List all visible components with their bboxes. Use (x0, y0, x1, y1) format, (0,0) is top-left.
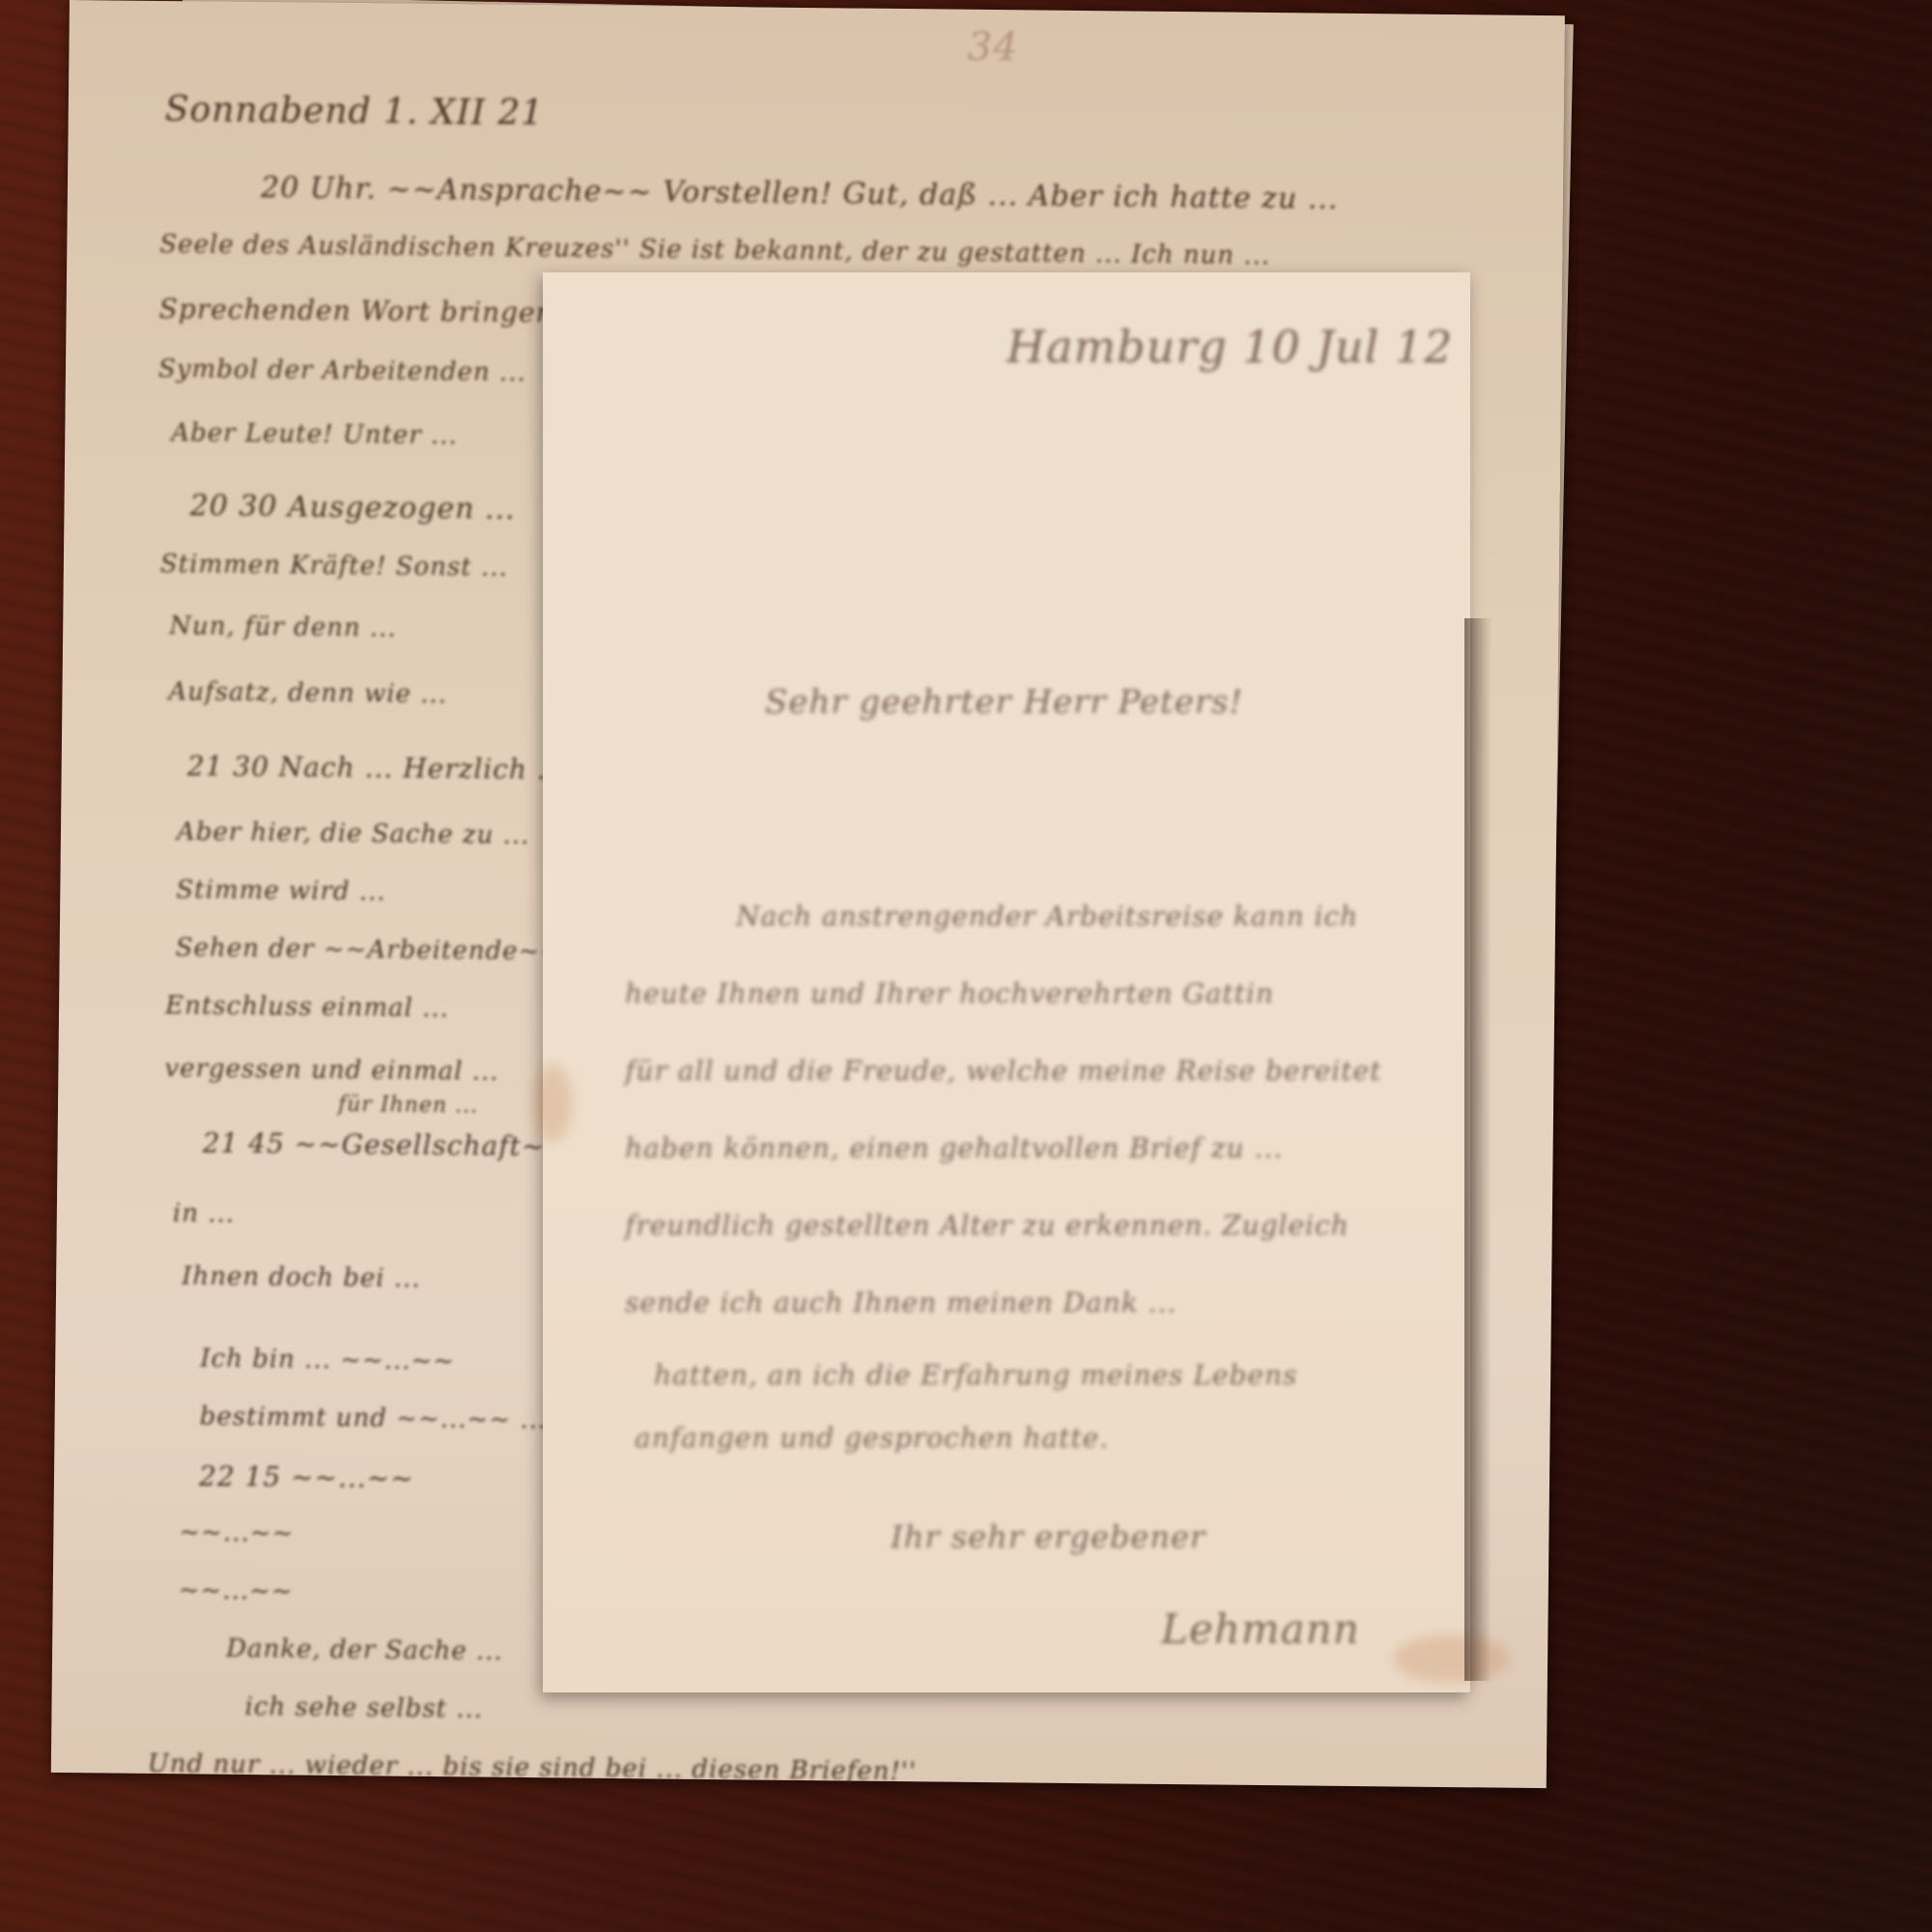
letter-body-line: sende ich auch Ihnen meinen Dank ... (625, 1287, 1177, 1319)
signature: Lehmann (1161, 1605, 1360, 1653)
back-letter-line: Entschluss einmal ... (165, 991, 449, 1023)
back-letter-line: Symbol der Arbeitenden ... (158, 355, 526, 387)
back-letter-line: Stimmen Kräfte! Sonst ... (160, 550, 508, 582)
front-letter: Hamburg 10 Jul 12 Sehr geehrter Herr Pet… (543, 272, 1470, 1692)
back-letter-header: Sonnabend 1. XII 21 (165, 90, 545, 133)
back-letter-line: Aufsatz, denn wie ... (168, 677, 447, 709)
back-letter-line: Seele des Ausländischen Kreuzes'' Sie is… (159, 230, 1270, 270)
letter-body-line: für all und die Freude, welche meine Rei… (625, 1055, 1381, 1087)
letter-body-line: Nach anstrengender Arbeitsreise kann ich (736, 900, 1358, 932)
back-letter-line: ~~...~~ (179, 1576, 294, 1605)
back-letter-line: ich sehe selbst ... (244, 1692, 483, 1724)
back-letter-line: Ich bin ... ~~...~~ (200, 1344, 455, 1376)
back-letter-line: für Ihnen ... (338, 1093, 478, 1119)
back-letter-line: Stimme wird ... (176, 875, 386, 906)
back-letter-line: ~~...~~ (179, 1518, 294, 1548)
letter-body-line: heute Ihnen und Ihrer hochverehrten Gatt… (625, 978, 1274, 1009)
back-letter-line: Sehen der ~~Arbeitende~~ ... (176, 933, 599, 967)
page-mark: 34 (967, 25, 1018, 71)
letter-body-line: haben können, einen gehaltvollen Brief z… (625, 1132, 1283, 1164)
back-letter-line: 20 Uhr. ~~Ansprache~~ Vorstellen! Gut, d… (261, 171, 1339, 216)
back-letter-line: Danke, der Sache ... (226, 1634, 503, 1666)
back-letter-line: 21 30 Nach ... Herzlich ... (187, 750, 566, 785)
letter-body-line: freundlich gestellten Alter zu erkennen.… (625, 1209, 1350, 1241)
back-letter-line: Aber Leute! Unter ... (171, 418, 458, 450)
closing: Ihr sehr ergebener (891, 1519, 1206, 1555)
letter-body-line: hatten, an ich die Erfahrung meines Lebe… (654, 1359, 1297, 1391)
place-and-date: Hamburg 10 Jul 12 (1007, 321, 1453, 373)
back-letter-line: 20 30 Ausgezogen ... (189, 489, 515, 526)
salutation: Sehr geehrter Herr Peters! (765, 683, 1243, 722)
back-letter-line: bestimmt und ~~...~~ ... (199, 1402, 547, 1435)
back-letter-line: Nun, für denn ... (169, 611, 397, 642)
back-letter-line: vergessen und einmal ... (164, 1054, 498, 1087)
paper-stain (533, 1065, 572, 1142)
back-letter-line: Ihnen doch bei ... (182, 1262, 421, 1293)
letter-body-line: anfangen und gesprochen hatte. (635, 1422, 1109, 1454)
page-edge-shadow (1464, 618, 1492, 1681)
back-letter-line: 22 15 ~~...~~ (199, 1460, 414, 1493)
paper-stain (1393, 1634, 1509, 1683)
back-letter-line: Sprechenden Wort bringen ... (158, 293, 592, 329)
back-letter-line: Aber hier, die Sache zu ... (177, 817, 530, 850)
back-letter-line: in ... (173, 1199, 235, 1229)
